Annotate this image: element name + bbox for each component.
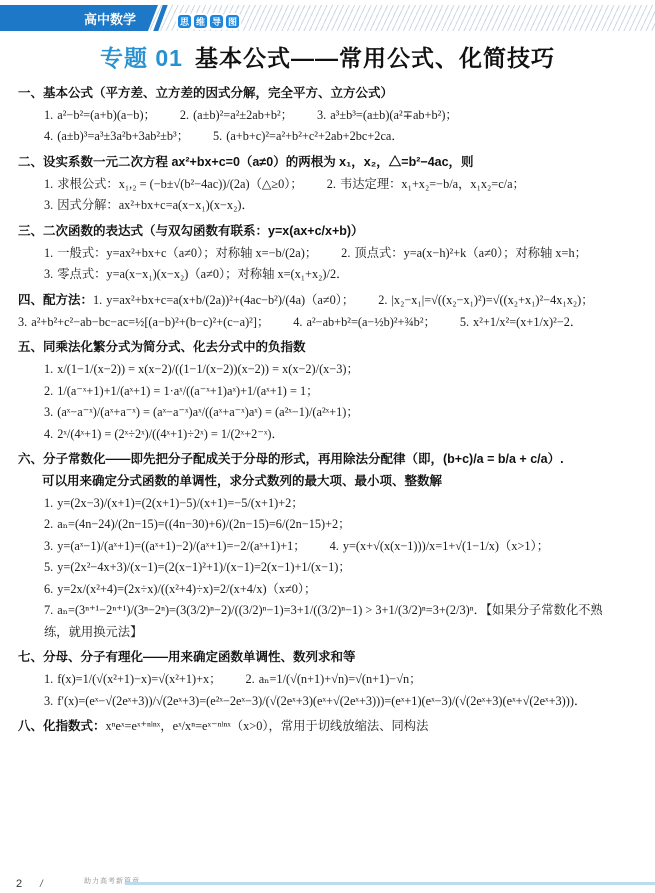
formula-text: y=(2x²−4x+3)/(x−1)=(2(x−1)²+1)/(x−1)=2(x…: [57, 560, 350, 574]
formula-item: 4.2ˣ/(4ˣ+1) = (2ˣ÷2ˣ)/((4ˣ+1)÷2ˣ) = 1/(2…: [44, 424, 284, 446]
formula-item: 5.y=(2x²−4x+3)/(x−1)=(2(x−1)²+1)/(x−1)=2…: [44, 557, 351, 579]
subject-banner: 高中数学: [0, 5, 158, 31]
formula-item: 1.y=ax²+bx+c=a(x+b/(2a))²+(4ac−b²)/(4a)（…: [93, 290, 354, 312]
item-number: 2.: [245, 672, 254, 686]
formula-item: 1.求根公式：x₁,₂ = (−b±√(b²−4ac))/(2a)（△≥0）；: [44, 174, 303, 196]
section-3: 三、二次函数的表达式（与双勾函数有联系：y=x(ax+c/x+b)）1.一般式：…: [18, 221, 641, 286]
item-number: 3.: [44, 405, 53, 419]
formula-item: 2.顶点式：y=a(x−h)²+k（a≠0）；对称轴 x=h；: [341, 243, 587, 265]
formula-item: 4.a²−ab+b²=(a−½b)²+¾b²；: [293, 312, 436, 334]
item-number: 4.: [44, 129, 53, 143]
item-number: 3.: [44, 267, 53, 281]
section-items: 1.一般式：y=ax²+bx+c（a≠0）；对称轴 x=−b/(2a)；2.顶点…: [18, 243, 641, 286]
formula-item: 6.y=2x/(x²+4)=(2x÷x)/((x²+4)÷x)=2/(x+4/x…: [44, 579, 316, 601]
item-number: 1.: [44, 246, 53, 260]
item-number: 2.: [327, 177, 336, 191]
formula-text: y=(aˣ−1)/(aˣ+1)=((aˣ+1)−2)/(aˣ+1)=−2/(aˣ…: [57, 539, 305, 553]
formula-text: 1/(a⁻ˣ+1)+1/(aˣ+1) = 1·aˣ/((a⁻ˣ+1)aˣ)+1/…: [57, 384, 318, 398]
formula-text: x/(1−1/(x−2)) = x(x−2)/((1−1/(x−2))(x−2)…: [57, 362, 359, 376]
formula-text: f′(x)=(eˣ−√(2eˣ+3))/√(2eˣ+3)=(e²ˣ−2eˣ−3)…: [57, 694, 586, 708]
section-2: 二、设实系数一元二次方程 ax²+bx+c=0（a≠0）的两根为 x₁，x₂，△…: [18, 152, 641, 217]
formula-item: 2.|x₂−x₁|=√((x₂−x₁)²)=√((x₂+x₁)²−4x₁x₂)；: [378, 290, 593, 312]
formula-text: 一般式：y=ax²+bx+c（a≠0）；对称轴 x=−b/(2a)；: [57, 246, 317, 260]
formula-text: 零点式：y=a(x−x₁)(x−x₂)（a≠0）；对称轴 x=(x₁+x₂)/2…: [57, 267, 348, 281]
item-number: 2.: [44, 517, 53, 531]
formula-text: (a±b)³=a³±3a²b+3ab²±b³；: [57, 129, 189, 143]
item-number: 7.: [44, 603, 53, 617]
formula-text: y=(2x−3)/(x+1)=(2(x+1)−5)/(x+1)=−5/(x+1)…: [57, 496, 303, 510]
formula-item: 4.y=(x+√(x(x−1)))/x=1+√(1−1/x)（x>1）；: [330, 536, 549, 558]
formula-item: 2.1/(a⁻ˣ+1)+1/(aˣ+1) = 1·aˣ/((a⁻ˣ+1)aˣ)+…: [44, 381, 318, 403]
formula-item: 5.(a+b+c)²=a²+b²+c²+2ab+2bc+2ca．: [213, 126, 404, 148]
item-number: 3.: [44, 694, 53, 708]
section-items: 1.y=ax²+bx+c=a(x+b/(2a))²+(4ac−b²)/(4a)（…: [18, 291, 618, 330]
section-5: 五、同乘法化繁分式为简分式、化去分式中的负指数1.x/(1−1/(x−2)) =…: [18, 337, 641, 445]
formula-item: 5.x²+1/x²=(x+1/x)²−2．: [460, 312, 582, 334]
formula-item: 3.y=(aˣ−1)/(aˣ+1)=((aˣ+1)−2)/(aˣ+1)=−2/(…: [44, 536, 306, 558]
formula-text: 韦达定理：x₁+x₂=−b/a，x₁x₂=c/a；: [340, 177, 525, 191]
formula-text: y=ax²+bx+c=a(x+b/(2a))²+(4ac−b²)/(4a)（a≠…: [106, 293, 354, 307]
item-number: 2.: [341, 246, 350, 260]
section-items: 1.f(x)=1/(√(x²+1)−x)=√(x²+1)+x；2.aₙ=1/(√…: [18, 669, 641, 712]
section-8: 八、化指数式：xⁿeˣ=eˣ⁺ⁿˡⁿˣ，eˣ/xⁿ=eˣ⁻ⁿˡⁿˣ（x>0），常…: [18, 716, 641, 738]
section-heading: 三、二次函数的表达式（与双勾函数有联系：y=x(ax+c/x+b)）: [18, 221, 641, 243]
item-number: 3.: [44, 539, 53, 553]
formula-item: 4.(a±b)³=a³±3a²b+3ab²±b³；: [44, 126, 189, 148]
item-number: 4.: [293, 315, 302, 329]
mindmap-badges: 思 维 导 图: [178, 15, 239, 28]
section-4: 四、配方法：1.y=ax²+bx+c=a(x+b/(2a))²+(4ac−b²)…: [18, 290, 641, 333]
item-number: 2.: [44, 384, 53, 398]
formula-text: (aˣ−a⁻ˣ)/(aˣ+a⁻ˣ) = (aˣ−a⁻ˣ)aˣ/((aˣ+a⁻ˣ)…: [57, 405, 358, 419]
formula-text: xⁿeˣ=eˣ⁺ⁿˡⁿˣ，eˣ/xⁿ=eˣ⁻ⁿˡⁿˣ（x>0），常用于切线放缩法…: [106, 719, 429, 733]
section-heading: 六、分子常数化——即先把分子配成关于分母的形式，再用除法分配律（即，(b+c)/…: [18, 449, 641, 471]
formula-text: a²−b²=(a+b)(a−b)；: [57, 108, 156, 122]
formula-item: 3.a³±b³=(a±b)(a²∓ab+b²)；: [317, 105, 458, 127]
page-number: 2: [16, 878, 22, 890]
formula-item: 1.一般式：y=ax²+bx+c（a≠0）；对称轴 x=−b/(2a)；: [44, 243, 317, 265]
formula-text: y=2x/(x²+4)=(2x÷x)/((x²+4)÷x)=2/(x+4/x)（…: [57, 582, 316, 596]
section-items: 1.x/(1−1/(x−2)) = x(x−2)/((1−1/(x−2))(x−…: [18, 359, 641, 445]
section-heading: 五、同乘法化繁分式为简分式、化去分式中的负指数: [18, 337, 641, 359]
page-title-text: 基本公式——常用公式、化简技巧: [195, 45, 555, 71]
section-heading: 四、配方法：: [18, 293, 93, 307]
formula-item: 3.a²+b²+c²−ab−bc−ac=½[(a−b)²+(b−c)²+(c−a…: [18, 312, 269, 334]
mindmap-badge: 图: [226, 15, 239, 28]
formula-item: 3.(aˣ−a⁻ˣ)/(aˣ+a⁻ˣ) = (aˣ−a⁻ˣ)aˣ/((aˣ+a⁻…: [44, 402, 359, 424]
formula-text: 求根公式：x₁,₂ = (−b±√(b²−4ac))/(2a)（△≥0）；: [57, 177, 302, 191]
formula-item: 1.f(x)=1/(√(x²+1)−x)=√(x²+1)+x；: [44, 669, 221, 691]
section-heading: 八、化指数式：: [18, 719, 106, 733]
section-6: 六、分子常数化——即先把分子配成关于分母的形式，再用除法分配律（即，(b+c)/…: [18, 449, 641, 643]
section-items: 1.a²−b²=(a+b)(a−b)；2.(a±b)²=a²±2ab+b²；3.…: [18, 105, 641, 148]
formula-item: 3.f′(x)=(eˣ−√(2eˣ+3))/√(2eˣ+3)=(e²ˣ−2eˣ−…: [44, 691, 586, 713]
item-number: 3.: [317, 108, 326, 122]
formula-item: 2.(a±b)²=a²±2ab+b²；: [180, 105, 293, 127]
item-number: 3.: [44, 198, 53, 212]
formula-item: 2.aₙ=1/(√(n+1)+√n)=√(n+1)−√n；: [245, 669, 421, 691]
item-number: 5.: [213, 129, 222, 143]
item-number: 2.: [180, 108, 189, 122]
formula-item: 3.因式分解：ax²+bx+c=a(x−x₁)(x−x₂)．: [44, 195, 254, 217]
formula-item: 2.韦达定理：x₁+x₂=−b/a，x₁x₂=c/a；: [327, 174, 525, 196]
item-number: 3.: [18, 315, 27, 329]
mindmap-badge: 导: [210, 15, 223, 28]
item-number: 4.: [44, 427, 53, 441]
formula-item: 1.x/(1−1/(x−2)) = x(x−2)/((1−1/(x−2))(x−…: [44, 359, 359, 381]
formula-item: xⁿeˣ=eˣ⁺ⁿˡⁿˣ，eˣ/xⁿ=eˣ⁻ⁿˡⁿˣ（x>0），常用于切线放缩法…: [106, 716, 429, 738]
item-number: 1.: [44, 672, 53, 686]
formula-item: 3.零点式：y=a(x−x₁)(x−x₂)（a≠0）；对称轴 x=(x₁+x₂)…: [44, 264, 348, 286]
formula-text: aₙ=(3ⁿ⁺¹−2ⁿ⁺¹)/(3ⁿ−2ⁿ)=(3(3/2)ⁿ−2)/((3/2…: [44, 603, 603, 639]
formula-text: aₙ=1/(√(n+1)+√n)=√(n+1)−√n；: [259, 672, 422, 686]
item-number: 1.: [44, 108, 53, 122]
page-title-number: 专题 01: [100, 45, 183, 71]
formula-text: 顶点式：y=a(x−h)²+k（a≠0）；对称轴 x=h；: [354, 246, 587, 260]
item-number: 1.: [44, 362, 53, 376]
formula-text: y=(x+√(x(x−1)))/x=1+√(1−1/x)（x>1）；: [343, 539, 549, 553]
section-items: xⁿeˣ=eˣ⁺ⁿˡⁿˣ，eˣ/xⁿ=eˣ⁻ⁿˡⁿˣ（x>0），常用于切线放缩法…: [106, 717, 453, 734]
section-items: 1.y=(2x−3)/(x+1)=(2(x+1)−5)/(x+1)=−5/(x+…: [18, 493, 641, 644]
formula-item: 2.aₙ=(4n−24)/(2n−15)=((4n−30)+6)/(2n−15)…: [44, 514, 350, 536]
formula-text: f(x)=1/(√(x²+1)−x)=√(x²+1)+x；: [57, 672, 221, 686]
formula-text: (a+b+c)²=a²+b²+c²+2ab+2bc+2ca．: [226, 129, 403, 143]
item-number: 1.: [93, 293, 102, 307]
formula-item: 1.a²−b²=(a+b)(a−b)；: [44, 105, 156, 127]
formula-text: |x₂−x₁|=√((x₂−x₁)²)=√((x₂+x₁)²−4x₁x₂)；: [391, 293, 593, 307]
formula-text: a²−ab+b²=(a−½b)²+¾b²；: [306, 315, 435, 329]
section-heading: 二、设实系数一元二次方程 ax²+bx+c=0（a≠0）的两根为 x₁，x₂，△…: [18, 152, 641, 174]
formula-item: 1.y=(2x−3)/(x+1)=(2(x+1)−5)/(x+1)=−5/(x+…: [44, 493, 304, 515]
sections: 一、基本公式（平方差、立方差的因式分解，完全平方、立方公式）1.a²−b²=(a…: [0, 73, 655, 738]
formula-text: a³±b³=(a±b)(a²∓ab+b²)；: [330, 108, 458, 122]
footer-bar: [125, 882, 655, 885]
item-number: 1.: [44, 496, 53, 510]
document-page: 高中数学 思 维 导 图 专题 01基本公式——常用公式、化简技巧 一、基本公式…: [0, 0, 655, 893]
formula-text: (a±b)²=a²±2ab+b²；: [193, 108, 293, 122]
item-number: 5.: [44, 560, 53, 574]
item-number: 6.: [44, 582, 53, 596]
page-number-separator: /: [40, 879, 43, 890]
formula-text: x²+1/x²=(x+1/x)²−2．: [473, 315, 582, 329]
formula-text: a²+b²+c²−ab−bc−ac=½[(a−b)²+(b−c)²+(c−a)²…: [31, 315, 269, 329]
item-number: 4.: [330, 539, 339, 553]
section-7: 七、分母、分子有理化——用来确定函数单调性、数列求和等1.f(x)=1/(√(x…: [18, 647, 641, 712]
item-number: 5.: [460, 315, 469, 329]
item-number: 1.: [44, 177, 53, 191]
formula-item: 7.aₙ=(3ⁿ⁺¹−2ⁿ⁺¹)/(3ⁿ−2ⁿ)=(3(3/2)ⁿ−2)/((3…: [44, 600, 617, 643]
section-heading: 七、分母、分子有理化——用来确定函数单调性、数列求和等: [18, 647, 641, 669]
mindmap-badge: 思: [178, 15, 191, 28]
section-note: 可以用来确定分式函数的单调性，求分式数列的最大项、最小项、整数解: [18, 471, 641, 493]
formula-text: 因式分解：ax²+bx+c=a(x−x₁)(x−x₂)．: [57, 198, 254, 212]
section-1: 一、基本公式（平方差、立方差的因式分解，完全平方、立方公式）1.a²−b²=(a…: [18, 83, 641, 148]
formula-text: 2ˣ/(4ˣ+1) = (2ˣ÷2ˣ)/((4ˣ+1)÷2ˣ) = 1/(2ˣ+…: [57, 427, 284, 441]
section-heading: 一、基本公式（平方差、立方差的因式分解，完全平方、立方公式）: [18, 83, 641, 105]
mindmap-badge: 维: [194, 15, 207, 28]
subject-banner-label: 高中数学: [84, 9, 136, 28]
formula-text: aₙ=(4n−24)/(2n−15)=((4n−30)+6)/(2n−15)=6…: [57, 517, 350, 531]
section-items: 1.求根公式：x₁,₂ = (−b±√(b²−4ac))/(2a)（△≥0）；2…: [18, 174, 641, 217]
item-number: 2.: [378, 293, 387, 307]
